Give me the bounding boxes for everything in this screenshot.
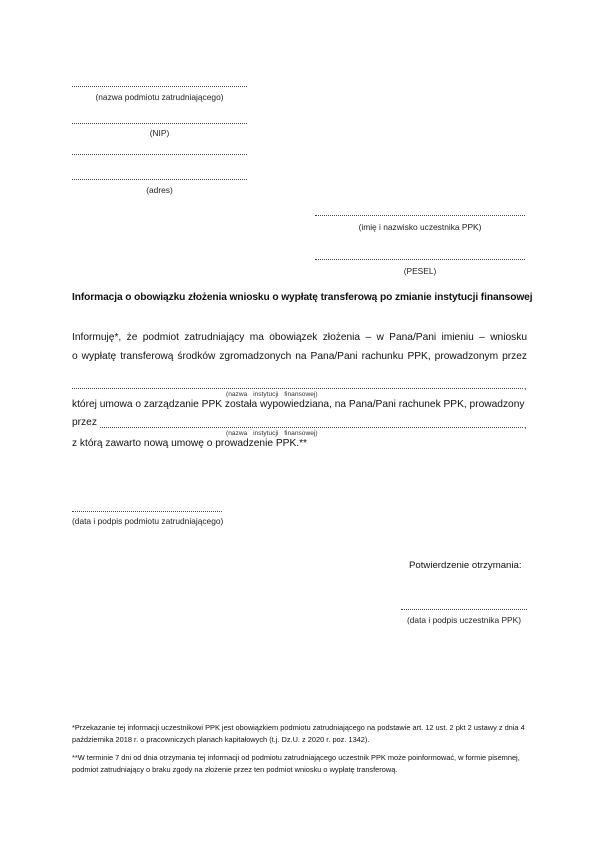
- participant-pesel-field[interactable]: [315, 259, 525, 260]
- employer-address-field-2[interactable]: [72, 179, 247, 180]
- employer-nip-field[interactable]: [72, 123, 247, 124]
- employer-address-caption: (adres): [72, 185, 247, 195]
- paragraph-line-1: Informuję*, że podmiot zatrudniający ma …: [72, 331, 527, 345]
- employer-signature-field[interactable]: [72, 511, 222, 512]
- line-end-comma-2: ,: [524, 420, 527, 430]
- paragraph-line-3: której umowa o zarządzanie PPK została w…: [72, 398, 527, 412]
- employer-name-field[interactable]: [72, 86, 247, 87]
- participant-signature-caption: (data i podpis uczestnika PPK): [401, 615, 527, 625]
- employer-address-field-1[interactable]: [72, 154, 247, 155]
- employer-signature-caption: (data i podpis podmiotu zatrudniającego): [72, 516, 223, 526]
- participant-pesel-caption: (PESEL): [315, 266, 525, 276]
- employer-name-caption: (nazwa podmiotu zatrudniającego): [72, 92, 247, 102]
- footnote-1: *Przekazanie tej informacji uczestnikowi…: [72, 722, 532, 746]
- receipt-label: Potwierdzenie otrzymania:: [409, 560, 522, 571]
- participant-name-caption: (imię i nazwisko uczestnika PPK): [315, 222, 525, 232]
- paragraph-line-5: z którą zawarto nową umowę o prowadzenie…: [72, 437, 527, 451]
- paragraph-line-4-prefix: przez: [72, 416, 102, 430]
- participant-signature-field[interactable]: [401, 609, 527, 610]
- document-title: Informacja o obowiązku złożenia wniosku …: [72, 292, 542, 303]
- line-end-comma-1: ,: [524, 381, 527, 391]
- participant-name-field[interactable]: [315, 215, 525, 216]
- institution-name-field-2[interactable]: [100, 427, 523, 428]
- paragraph-line-2: o wypłatę transferową środków zgromadzon…: [72, 350, 527, 364]
- institution-caption-2: (nazwa instytucji finansowej): [226, 430, 318, 437]
- footnote-2: **W terminie 7 dni od dnia otrzymania te…: [72, 752, 532, 776]
- institution-name-field-1[interactable]: [72, 388, 523, 389]
- institution-caption-1: (nazwa instytucji finansowej): [226, 391, 318, 398]
- employer-nip-caption: (NIP): [72, 128, 247, 138]
